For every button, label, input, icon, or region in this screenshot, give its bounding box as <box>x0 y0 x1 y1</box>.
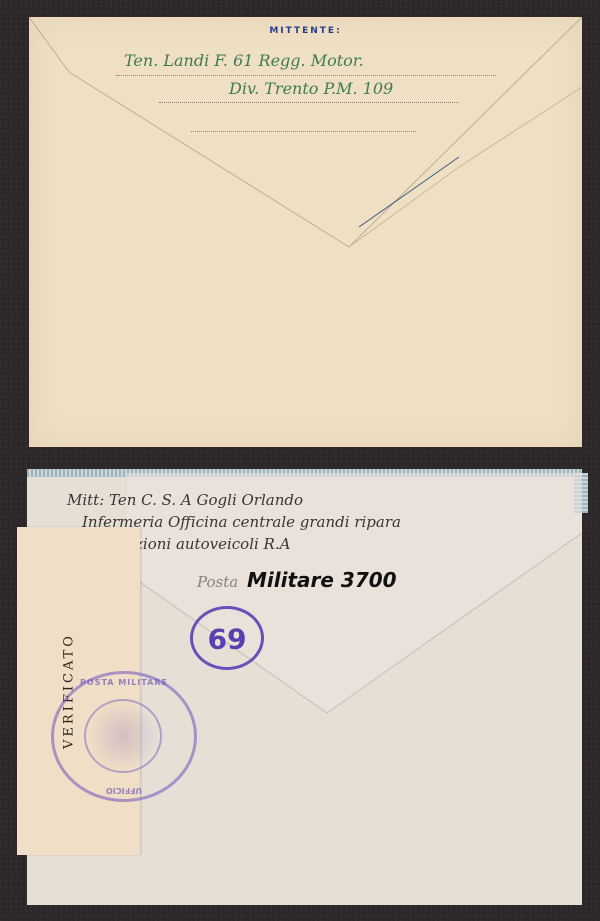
address-dotline-2 <box>159 102 459 103</box>
round-stamp-bottom-text: UFFICIO <box>54 786 194 795</box>
sender-line-1: Ten. Landi F. 61 Regg. Motor. <box>124 51 364 70</box>
posta-label: Posta <box>197 573 238 591</box>
envelope-top: MITTENTE: Ten. Landi F. 61 Regg. Motor. … <box>29 17 582 447</box>
sender-line-2: Div. Trento P.M. 109 <box>229 79 393 98</box>
censor-number-stamp: 69 <box>190 606 264 670</box>
address-dotline-3 <box>191 131 416 132</box>
round-stamp-top-text: POSTA MILITARE <box>54 678 194 687</box>
sender-line-1: Mitt: Ten C. S. A Gogli Orlando <box>67 491 303 509</box>
mittente-label: MITTENTE: <box>29 26 582 36</box>
address-dotline-1 <box>116 75 496 76</box>
round-censor-stamp: POSTA MILITARE UFFICIO <box>51 671 197 802</box>
sender-line-3: zioni autoveicoli R.A <box>135 535 290 553</box>
envelope-bottom: Mitt: Ten C. S. A Gogli Orlando Infermer… <box>27 473 582 905</box>
round-stamp-center <box>84 699 162 773</box>
militare-label: Militare 3700 <box>247 568 397 592</box>
